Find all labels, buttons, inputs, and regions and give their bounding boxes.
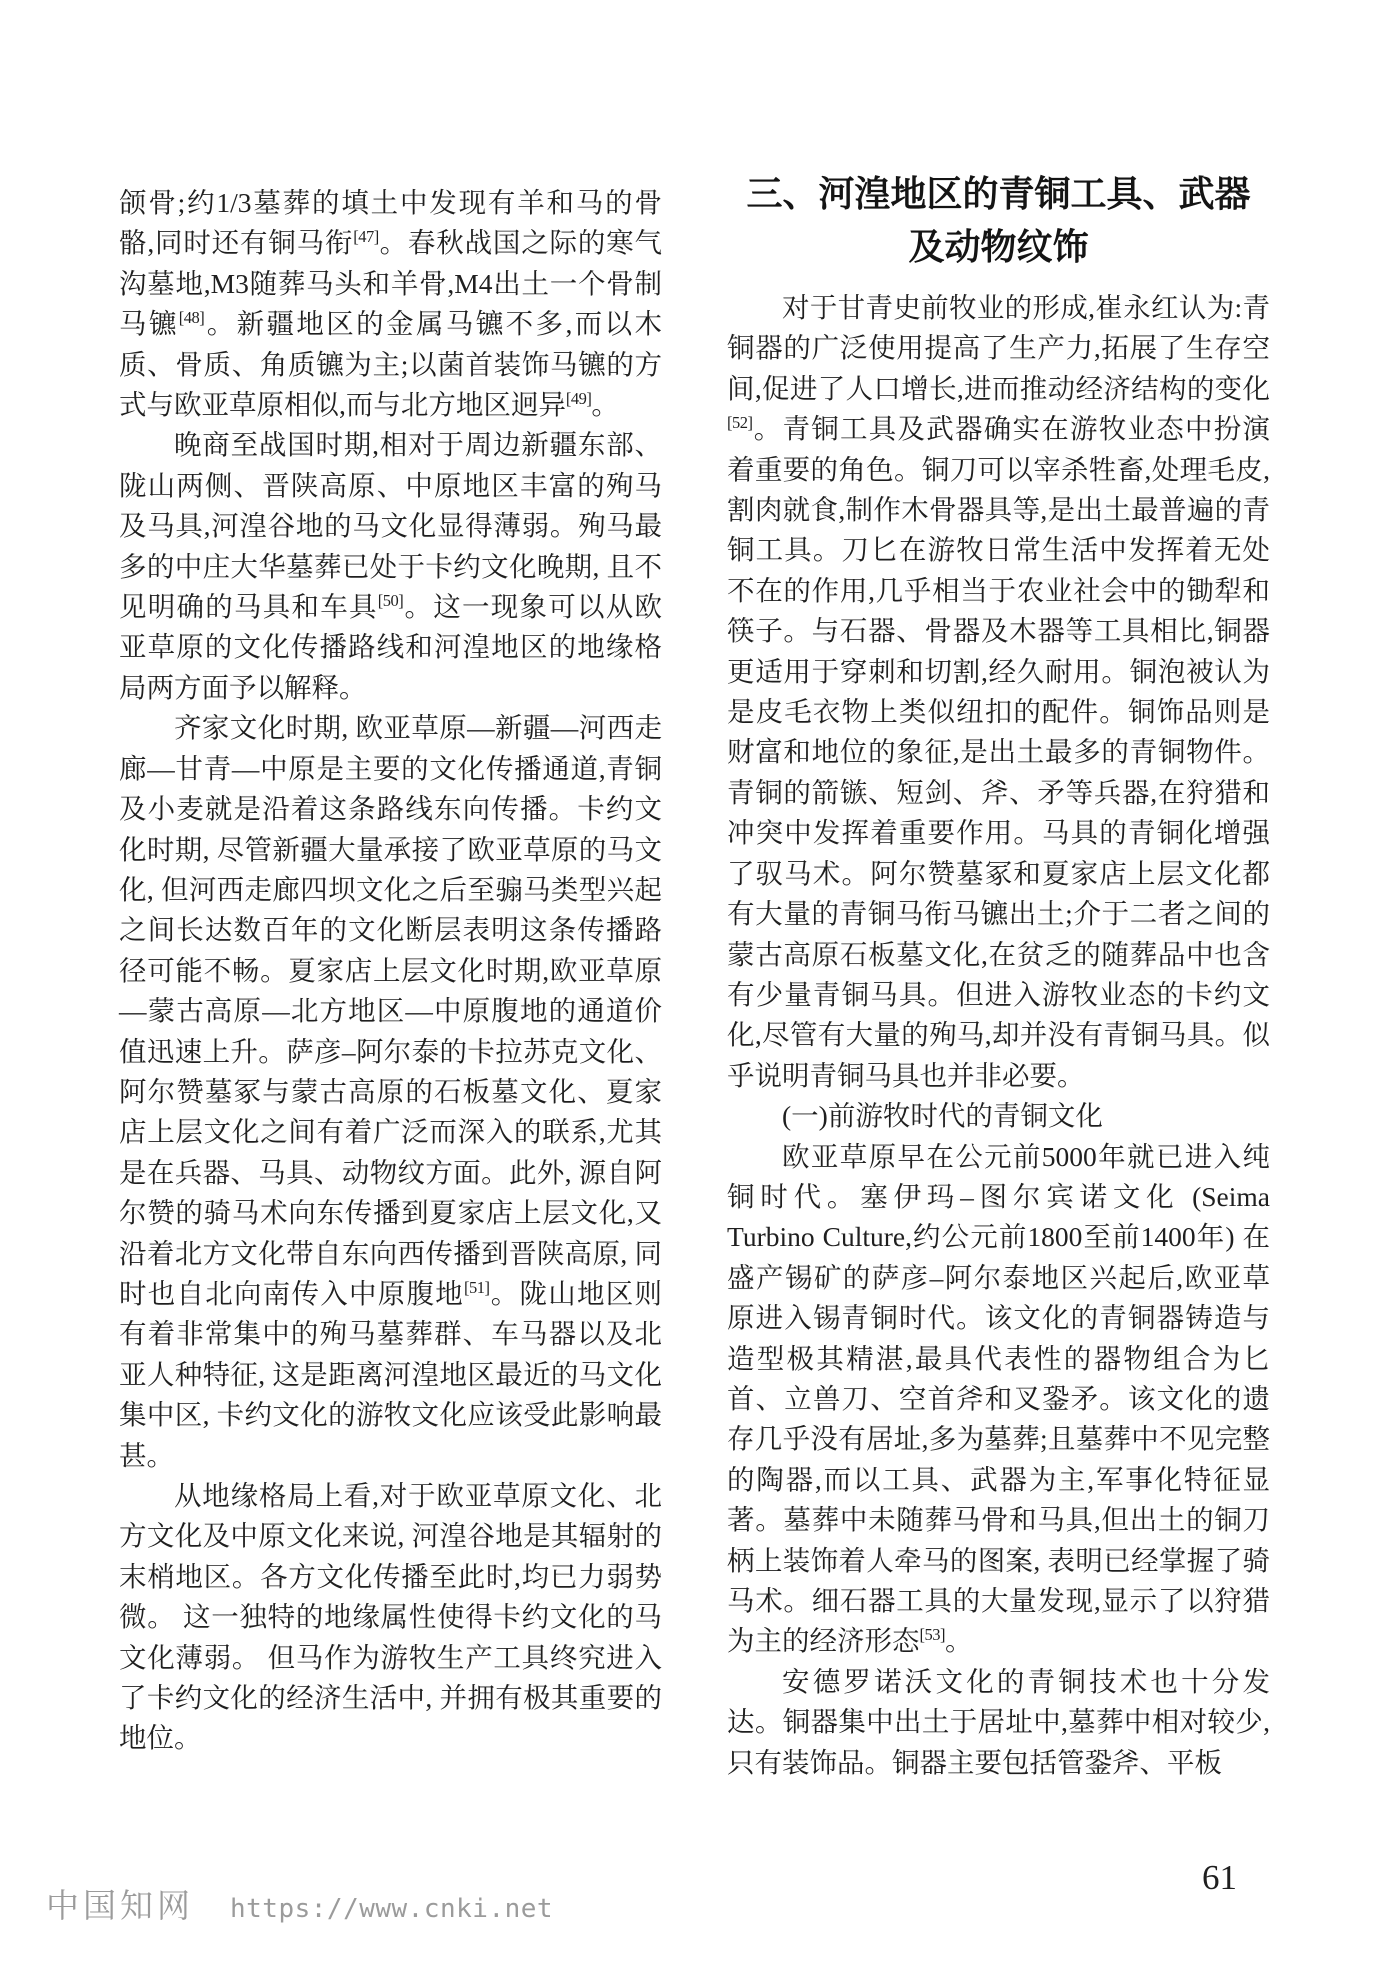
- citation-marker: [48]: [179, 308, 205, 327]
- paragraph: 欧亚草原早在公元前5000年就已进入纯铜时代。塞伊玛–图尔宾诺文化 (Seima…: [727, 1137, 1270, 1662]
- paragraph: 从地缘格局上看,对于欧亚草原文化、北方文化及中原文化来说, 河湟谷地是其辐射的末…: [119, 1476, 662, 1759]
- section-heading: 三、河湟地区的青铜工具、武器 及动物纹饰: [727, 167, 1270, 273]
- right-column-body: 对于甘青史前牧业的形成,崔永红认为:青铜器的广泛使用提高了生产力,拓展了生存空间…: [727, 288, 1270, 1783]
- watermark-url: https://www.cnki.net: [230, 1894, 553, 1924]
- citation-marker: [51]: [464, 1278, 490, 1297]
- paragraph: 颌骨;约1/3墓葬的填土中发现有羊和马的骨骼,同时还有铜马衔[47]。春秋战国之…: [119, 183, 662, 425]
- citation-marker: [49]: [566, 389, 592, 408]
- paragraph: 安德罗诺沃文化的青铜技术也十分发达。铜器集中出土于居址中,墓葬中相对较少,只有装…: [727, 1662, 1270, 1783]
- citation-marker: [50]: [378, 591, 404, 610]
- watermark-brand: 中国知网: [46, 1889, 194, 1925]
- citation-marker: [52]: [727, 413, 753, 432]
- left-column: 颌骨;约1/3墓葬的填土中发现有羊和马的骨骼,同时还有铜马衔[47]。春秋战国之…: [119, 183, 662, 1759]
- paragraph: 齐家文化时期, 欧亚草原—新疆—河西走廊—甘青—中原是主要的文化传播通道,青铜及…: [119, 708, 662, 1476]
- citation-marker: [53]: [920, 1625, 946, 1644]
- watermark: 中国知网https://www.cnki.net: [46, 1880, 553, 1927]
- citation-marker: [47]: [353, 227, 379, 246]
- section-heading-line2: 及动物纹饰: [908, 226, 1088, 267]
- subsection-heading: (一)前游牧时代的青铜文化: [727, 1096, 1270, 1136]
- paragraph: 晚商至战国时期,相对于周边新疆东部、陇山两侧、晋陕高原、中原地区丰富的殉马及马具…: [119, 425, 662, 708]
- paragraph: 对于甘青史前牧业的形成,崔永红认为:青铜器的广泛使用提高了生产力,拓展了生存空间…: [727, 288, 1270, 1096]
- page-number: 61: [1202, 1858, 1237, 1898]
- section-heading-line1: 三、河湟地区的青铜工具、武器: [746, 173, 1250, 214]
- page: 颌骨;约1/3墓葬的填土中发现有羊和马的骨骼,同时还有铜马衔[47]。春秋战国之…: [0, 0, 1399, 1965]
- right-column: 三、河湟地区的青铜工具、武器 及动物纹饰 对于甘青史前牧业的形成,崔永红认为:青…: [727, 167, 1270, 1783]
